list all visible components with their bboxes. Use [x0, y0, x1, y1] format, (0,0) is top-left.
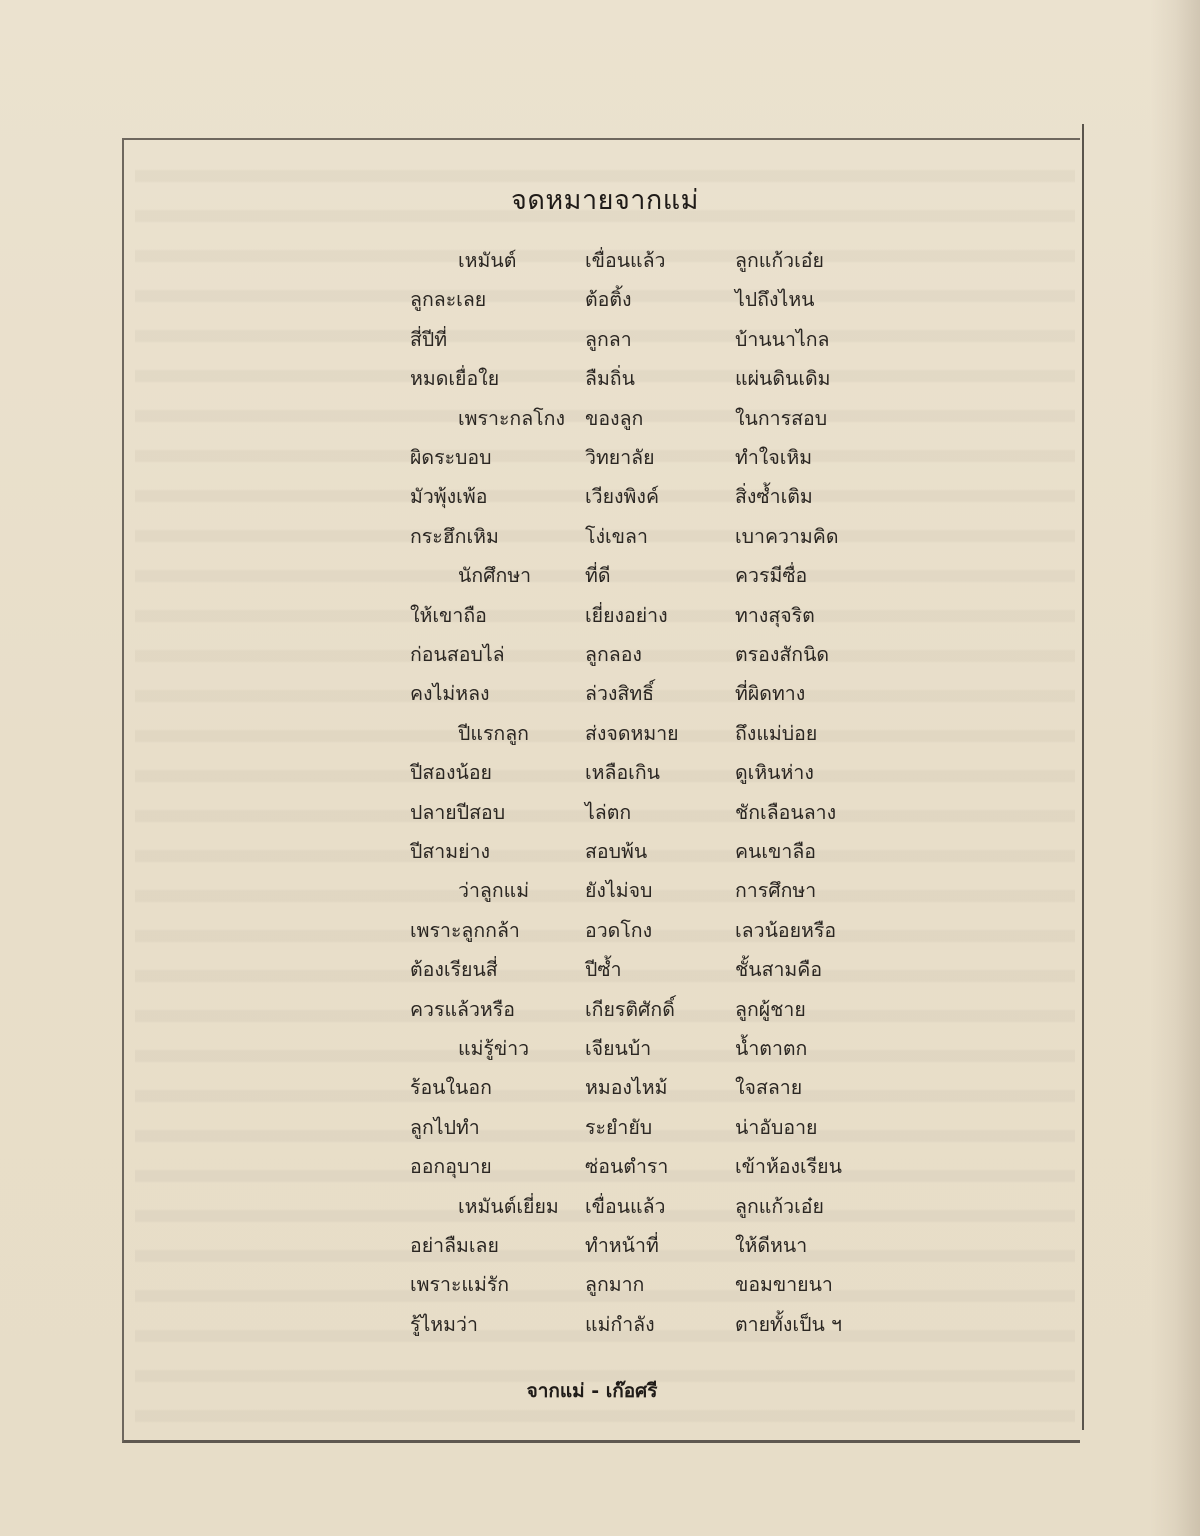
poem-line: ให้เขาถือเยี่ยงอย่างทางสุจริต	[0, 600, 1200, 634]
poem-verse-c2: ยังไม่จบ	[585, 875, 652, 906]
poem-verse-c1: ว่าลูกแม่	[458, 875, 529, 906]
poem-line: ผิดระบอบวิทยาลัยทำใจเหิม	[0, 442, 1200, 476]
poem-line: ลูกละเลยต้อติ้งไปถึงไหน	[0, 284, 1200, 318]
poem-verse-c3: ในการสอบ	[735, 403, 827, 434]
poem-verse-c1: ให้เขาถือ	[410, 600, 487, 631]
poem-verse-c2: ล่วงสิทธิ์	[585, 678, 654, 709]
poem-line: กระฮึกเหิมโง่เขลาเบาความคิด	[0, 521, 1200, 555]
poem-verse-c3: บ้านนาไกล	[735, 324, 830, 355]
poem-verse-c3: ชักเลือนลาง	[735, 797, 836, 828]
poem-verse-c3: ทำใจเหิม	[735, 442, 812, 473]
poem-verse-c1: เหมันต์	[458, 245, 516, 276]
poem-line: คงไม่หลงล่วงสิทธิ์ที่ผิดทาง	[0, 678, 1200, 712]
poem-verse-c2: หมองไหม้	[585, 1072, 667, 1103]
poem-verse-c2: ของลูก	[585, 403, 643, 434]
poem-verse-c2: เขื่อนแล้ว	[585, 1191, 666, 1222]
poem-verse-c3: แผ่นดินเดิม	[735, 363, 831, 394]
poem-verse-c2: เหลือเกิน	[585, 757, 660, 788]
poem-verse-c2: อวดโกง	[585, 915, 652, 946]
poem-line: ว่าลูกแม่ยังไม่จบการศึกษา	[0, 875, 1200, 909]
poem-line: ควรแล้วหรือเกียรติศักดิ์ลูกผู้ชาย	[0, 994, 1200, 1028]
poem-verse-c2: โง่เขลา	[585, 521, 648, 552]
poem-line: ร้อนในอกหมองไหม้ใจสลาย	[0, 1072, 1200, 1106]
poem-line: เพราะแม่รักลูกมากขอมขายนา	[0, 1269, 1200, 1303]
poem-verse-c1: คงไม่หลง	[410, 678, 490, 709]
poem-verse-c3: ตรองสักนิด	[735, 639, 829, 670]
poem-verse-c1: กระฮึกเหิม	[410, 521, 499, 552]
poem-verse-c3: น้ำตาตก	[735, 1033, 807, 1064]
poem-line: รู้ไหมว่าแม่กำลังตายทั้งเป็น ฯ	[0, 1309, 1200, 1343]
poem-line: ก่อนสอบไล่ลูกลองตรองสักนิด	[0, 639, 1200, 673]
poem-verse-c3: เบาความคิด	[735, 521, 839, 552]
poem-verse-c2: สอบพ้น	[585, 836, 647, 867]
poem-verse-c3: ลูกแก้วเอ๋ย	[735, 245, 824, 276]
poem-line: ต้องเรียนสี่ปีซ้ำชั้นสามคือ	[0, 954, 1200, 988]
poem-verse-c1: ควรแล้วหรือ	[410, 994, 515, 1025]
poem-line: ออกอุบายซ่อนตำราเข้าห้องเรียน	[0, 1151, 1200, 1185]
poem-verse-c2: ระยำยับ	[585, 1112, 652, 1143]
poem-verse-c2: ต้อติ้ง	[585, 284, 632, 315]
poem-verse-c2: ส่งจดหมาย	[585, 718, 679, 749]
poem-line: อย่าลืมเลยทำหน้าที่ให้ดีหนา	[0, 1230, 1200, 1264]
poem-verse-c1: ต้องเรียนสี่	[410, 954, 498, 985]
poem-verse-c1: นักศึกษา	[458, 560, 531, 591]
poem-verse-c1: เหมันต์เยี่ยม	[458, 1191, 559, 1222]
poem-verse-c1: หมดเยื่อใย	[410, 363, 499, 394]
poem-verse-c3: น่าอับอาย	[735, 1112, 817, 1143]
poem-line: เหมันต์เยี่ยมเขื่อนแล้วลูกแก้วเอ๋ย	[0, 1191, 1200, 1225]
poem-verse-c1: อย่าลืมเลย	[410, 1230, 499, 1261]
poem-verse-c1: ร้อนในอก	[410, 1072, 492, 1103]
poem-verse-c1: ปลายปีสอบ	[410, 797, 505, 828]
poem-verse-c2: ลูกลา	[585, 324, 632, 355]
poem-verse-c3: ชั้นสามคือ	[735, 954, 822, 985]
poem-verse-c3: การศึกษา	[735, 875, 816, 906]
poem-verse-c3: ขอมขายนา	[735, 1269, 833, 1300]
poem-verse-c2: ที่ดี	[585, 560, 611, 591]
poem-verse-c2: เจียนบ้า	[585, 1033, 651, 1064]
poem-verse-c3: คนเขาลือ	[735, 836, 816, 867]
poem-verse-c1: แม่รู้ข่าว	[458, 1033, 529, 1064]
poem-verse-c3: ไปถึงไหน	[735, 284, 815, 315]
poem-verse-c1: ลูกละเลย	[410, 284, 486, 315]
poem-verse-c3: เข้าห้องเรียน	[735, 1151, 842, 1182]
poem-verse-c3: ตายทั้งเป็น ฯ	[735, 1309, 842, 1340]
poem-verse-c3: เลวน้อยหรือ	[735, 915, 836, 946]
poem-verse-c2: เยี่ยงอย่าง	[585, 600, 668, 631]
poem-line: ลูกไปทำระยำยับน่าอับอาย	[0, 1112, 1200, 1146]
poem-verse-c1: ปีแรกลูก	[458, 718, 529, 749]
poem-verse-c3: ควรมีซื่อ	[735, 560, 807, 591]
poem-verse-c1: ออกอุบาย	[410, 1151, 492, 1182]
poem-verse-c2: ปีซ้ำ	[585, 954, 622, 985]
poem-verse-c1: ปีสามย่าง	[410, 836, 490, 867]
poem-verse-c1: ลูกไปทำ	[410, 1112, 480, 1143]
poem-line: แม่รู้ข่าวเจียนบ้าน้ำตาตก	[0, 1033, 1200, 1067]
poem-body: เหมันต์เขื่อนแล้วลูกแก้วเอ๋ยลูกละเลยต้อต…	[0, 0, 1200, 1536]
poem-verse-c3: ให้ดีหนา	[735, 1230, 807, 1261]
poem-line: สี่ปีที่ลูกลาบ้านนาไกล	[0, 324, 1200, 358]
poem-verse-c2: ลูกมาก	[585, 1269, 644, 1300]
poem-verse-c1: เพราะลูกกล้า	[410, 915, 520, 946]
poem-line: เพราะกลโกงของลูกในการสอบ	[0, 403, 1200, 437]
poem-verse-c2: ลูกลอง	[585, 639, 642, 670]
poem-line: หมดเยื่อใยลืมถิ่นแผ่นดินเดิม	[0, 363, 1200, 397]
poem-line: ปีสองน้อยเหลือเกินดูเหินห่าง	[0, 757, 1200, 791]
poem-verse-c1: เพราะกลโกง	[458, 403, 565, 434]
poem-verse-c2: ทำหน้าที่	[585, 1230, 659, 1261]
poem-verse-c3: ดูเหินห่าง	[735, 757, 814, 788]
poem-verse-c2: วิทยาลัย	[585, 442, 655, 473]
poem-verse-c3: ลูกแก้วเอ๋ย	[735, 1191, 824, 1222]
poem-verse-c2: เขื่อนแล้ว	[585, 245, 666, 276]
poem-verse-c1: ปีสองน้อย	[410, 757, 492, 788]
poem-line: ปีแรกลูกส่งจดหมายถึงแม่บ่อย	[0, 718, 1200, 752]
poem-verse-c1: รู้ไหมว่า	[410, 1309, 478, 1340]
poem-verse-c1: ผิดระบอบ	[410, 442, 492, 473]
poem-verse-c3: ใจสลาย	[735, 1072, 802, 1103]
poem-line: มัวพุ้งเพ้อเวียงพิงค์สิ่งซ้ำเติม	[0, 481, 1200, 515]
poem-verse-c3: ที่ผิดทาง	[735, 678, 805, 709]
poem-verse-c3: ถึงแม่บ่อย	[735, 718, 817, 749]
poem-line: เหมันต์เขื่อนแล้วลูกแก้วเอ๋ย	[0, 245, 1200, 279]
poem-verse-c2: ลืมถิ่น	[585, 363, 635, 394]
poem-verse-c1: ก่อนสอบไล่	[410, 639, 505, 670]
poem-verse-c2: เวียงพิงค์	[585, 481, 659, 512]
poem-verse-c2: เกียรติศักดิ์	[585, 994, 675, 1025]
poem-signature: จากแม่ - เก๊อศรี	[0, 1376, 1184, 1406]
poem-verse-c3: ลูกผู้ชาย	[735, 994, 806, 1025]
poem-line: เพราะลูกกล้าอวดโกงเลวน้อยหรือ	[0, 915, 1200, 949]
poem-verse-c2: ซ่อนตำรา	[585, 1151, 668, 1182]
poem-verse-c1: เพราะแม่รัก	[410, 1269, 509, 1300]
poem-verse-c3: สิ่งซ้ำเติม	[735, 481, 813, 512]
poem-verse-c2: แม่กำลัง	[585, 1309, 655, 1340]
poem-verse-c2: ไล่ตก	[585, 797, 631, 828]
poem-line: นักศึกษาที่ดีควรมีซื่อ	[0, 560, 1200, 594]
poem-verse-c1: มัวพุ้งเพ้อ	[410, 481, 487, 512]
poem-line: ปีสามย่างสอบพ้นคนเขาลือ	[0, 836, 1200, 870]
poem-verse-c1: สี่ปีที่	[410, 324, 447, 355]
poem-verse-c3: ทางสุจริต	[735, 600, 815, 631]
poem-line: ปลายปีสอบไล่ตกชักเลือนลาง	[0, 797, 1200, 831]
